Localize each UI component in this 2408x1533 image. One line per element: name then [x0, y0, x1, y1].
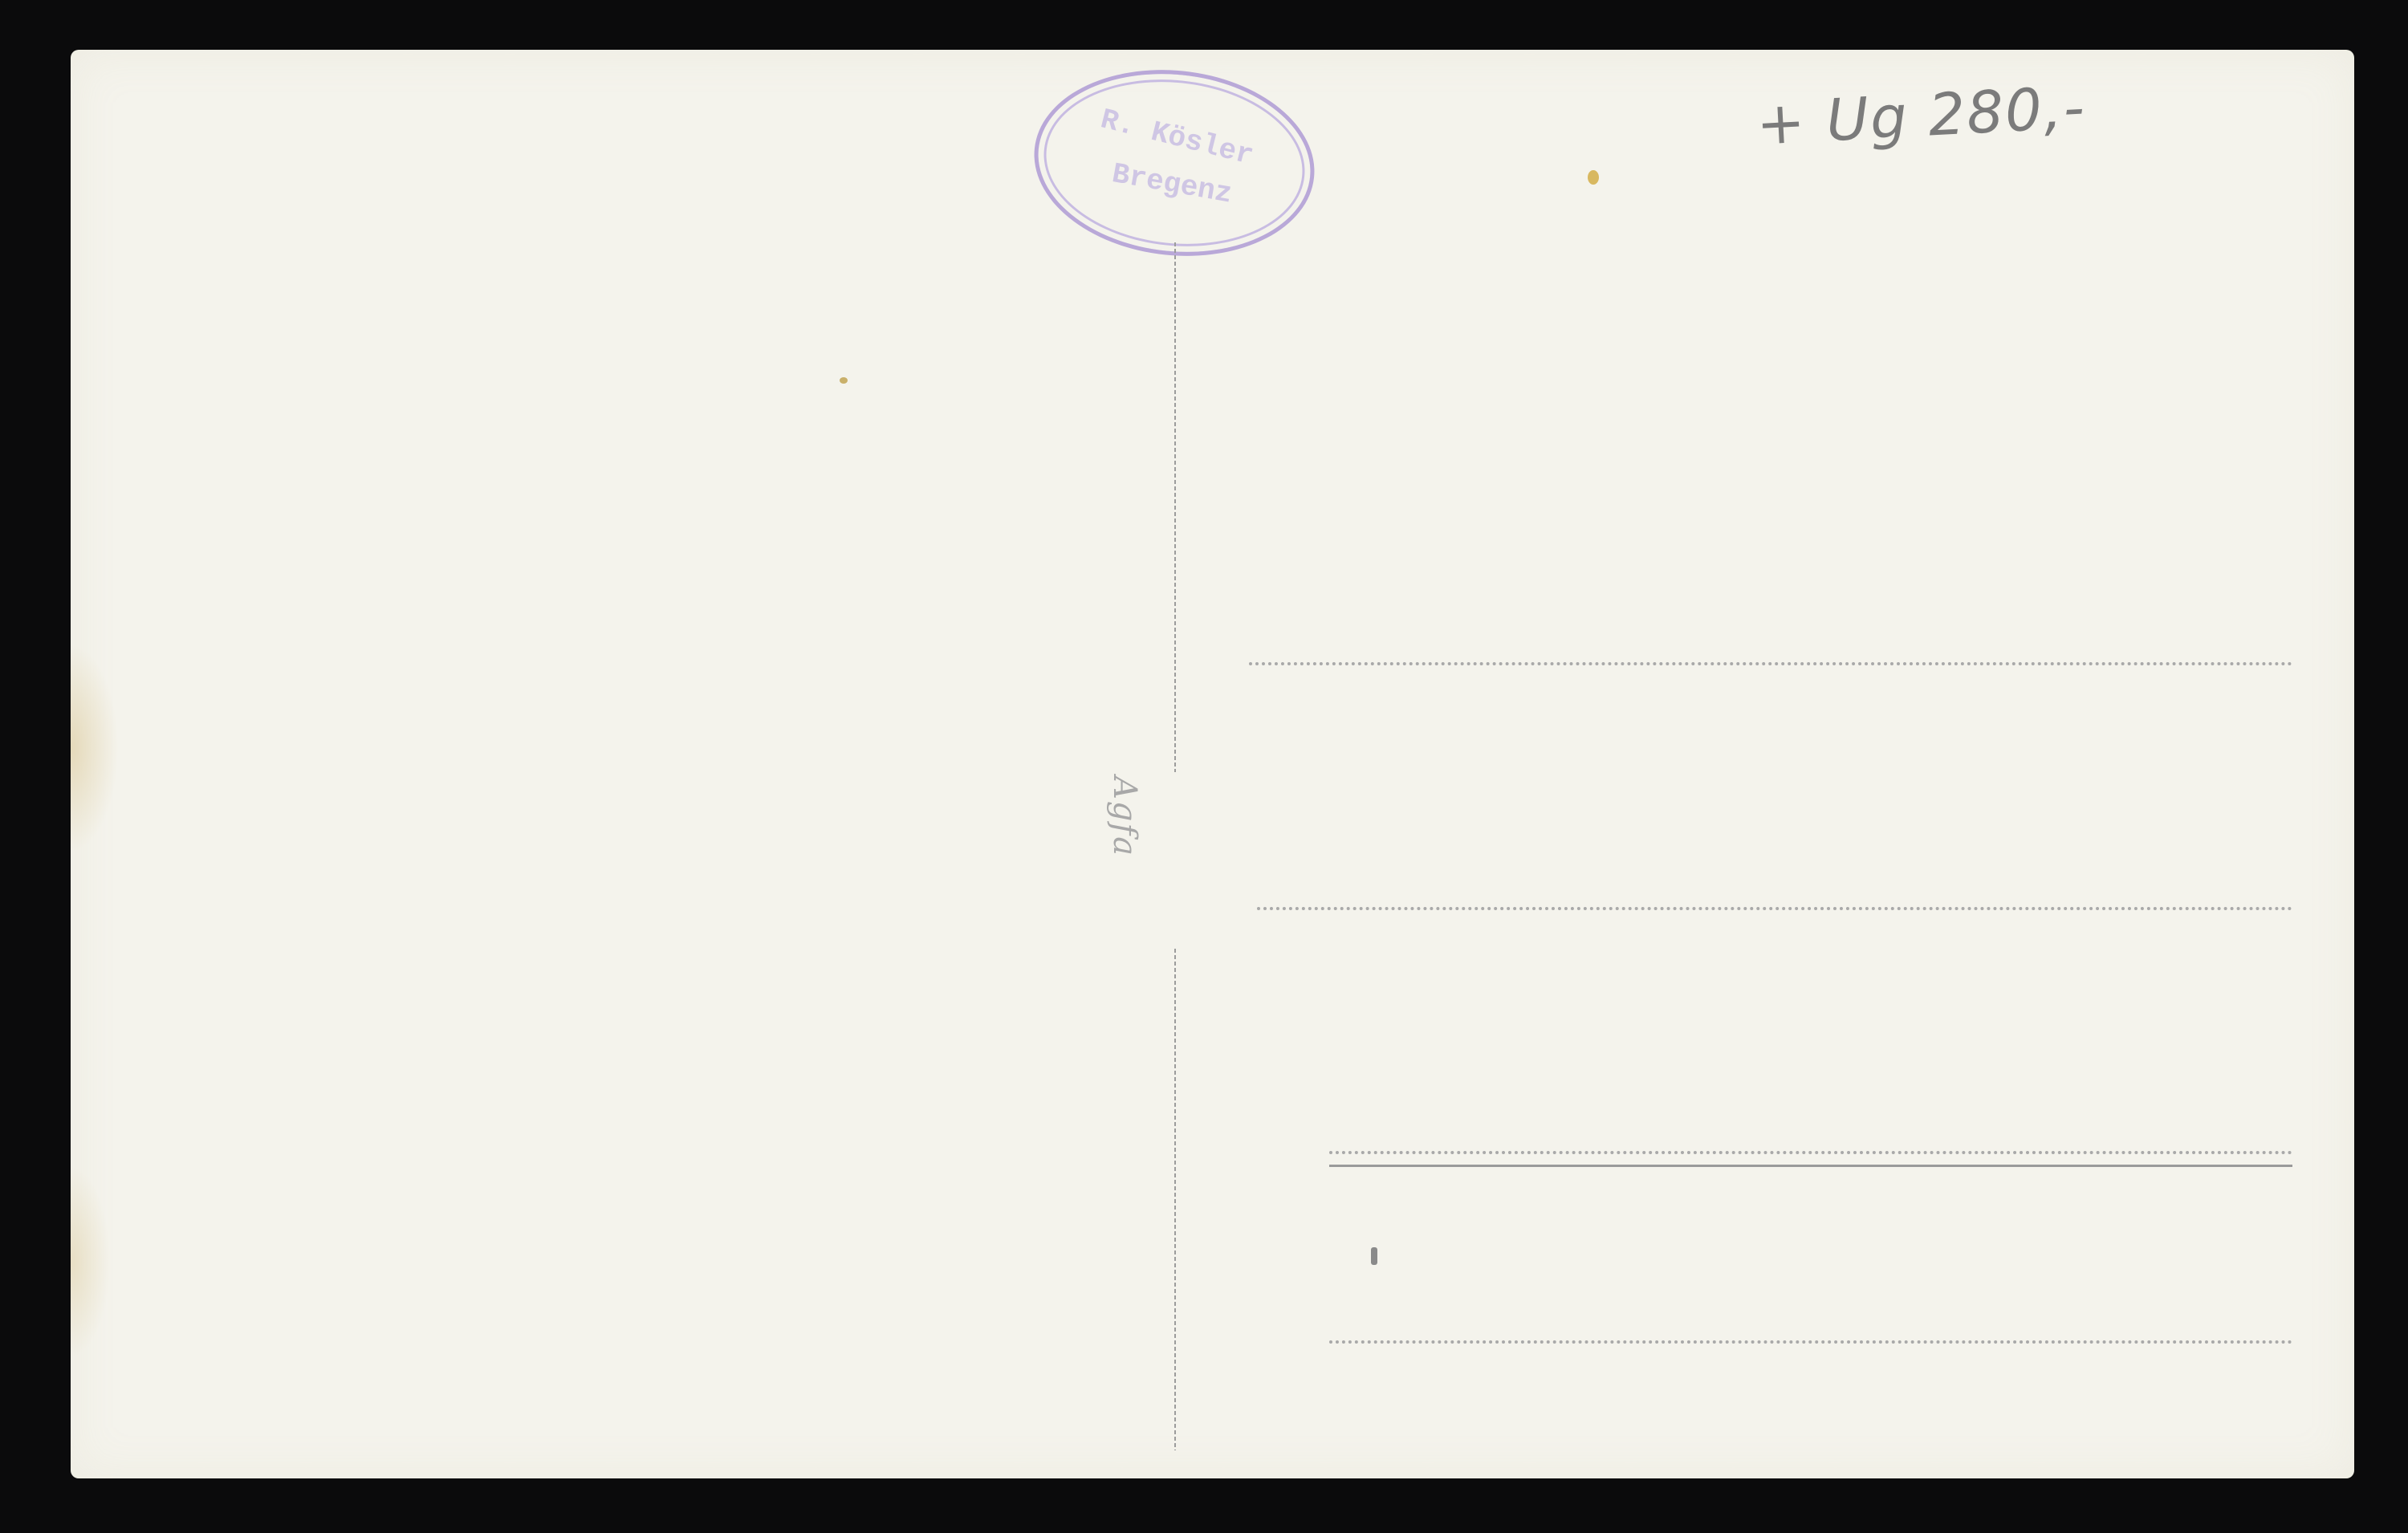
- paper-speck: [1588, 170, 1599, 185]
- address-line-1: [1249, 662, 2292, 665]
- paper-speck: [840, 377, 848, 384]
- postcard-back: R. Kösler Bregenz + Ug 280,- Agfa: [71, 50, 2354, 1478]
- address-line-3: [1329, 1151, 2292, 1154]
- age-stain: [71, 644, 119, 852]
- pencil-price-note: + Ug 280,-: [1755, 73, 2088, 157]
- paper-speck: [1371, 1247, 1377, 1265]
- address-underline: [1329, 1165, 2292, 1167]
- photo-paper-imprint: Agfa: [1095, 776, 1143, 937]
- age-stain: [71, 1165, 111, 1358]
- address-line-4: [1329, 1340, 2292, 1344]
- address-line-2: [1257, 907, 2292, 910]
- center-divider-line: [1174, 242, 1176, 1450]
- publisher-stamp: R. Kösler Bregenz: [1025, 56, 1324, 269]
